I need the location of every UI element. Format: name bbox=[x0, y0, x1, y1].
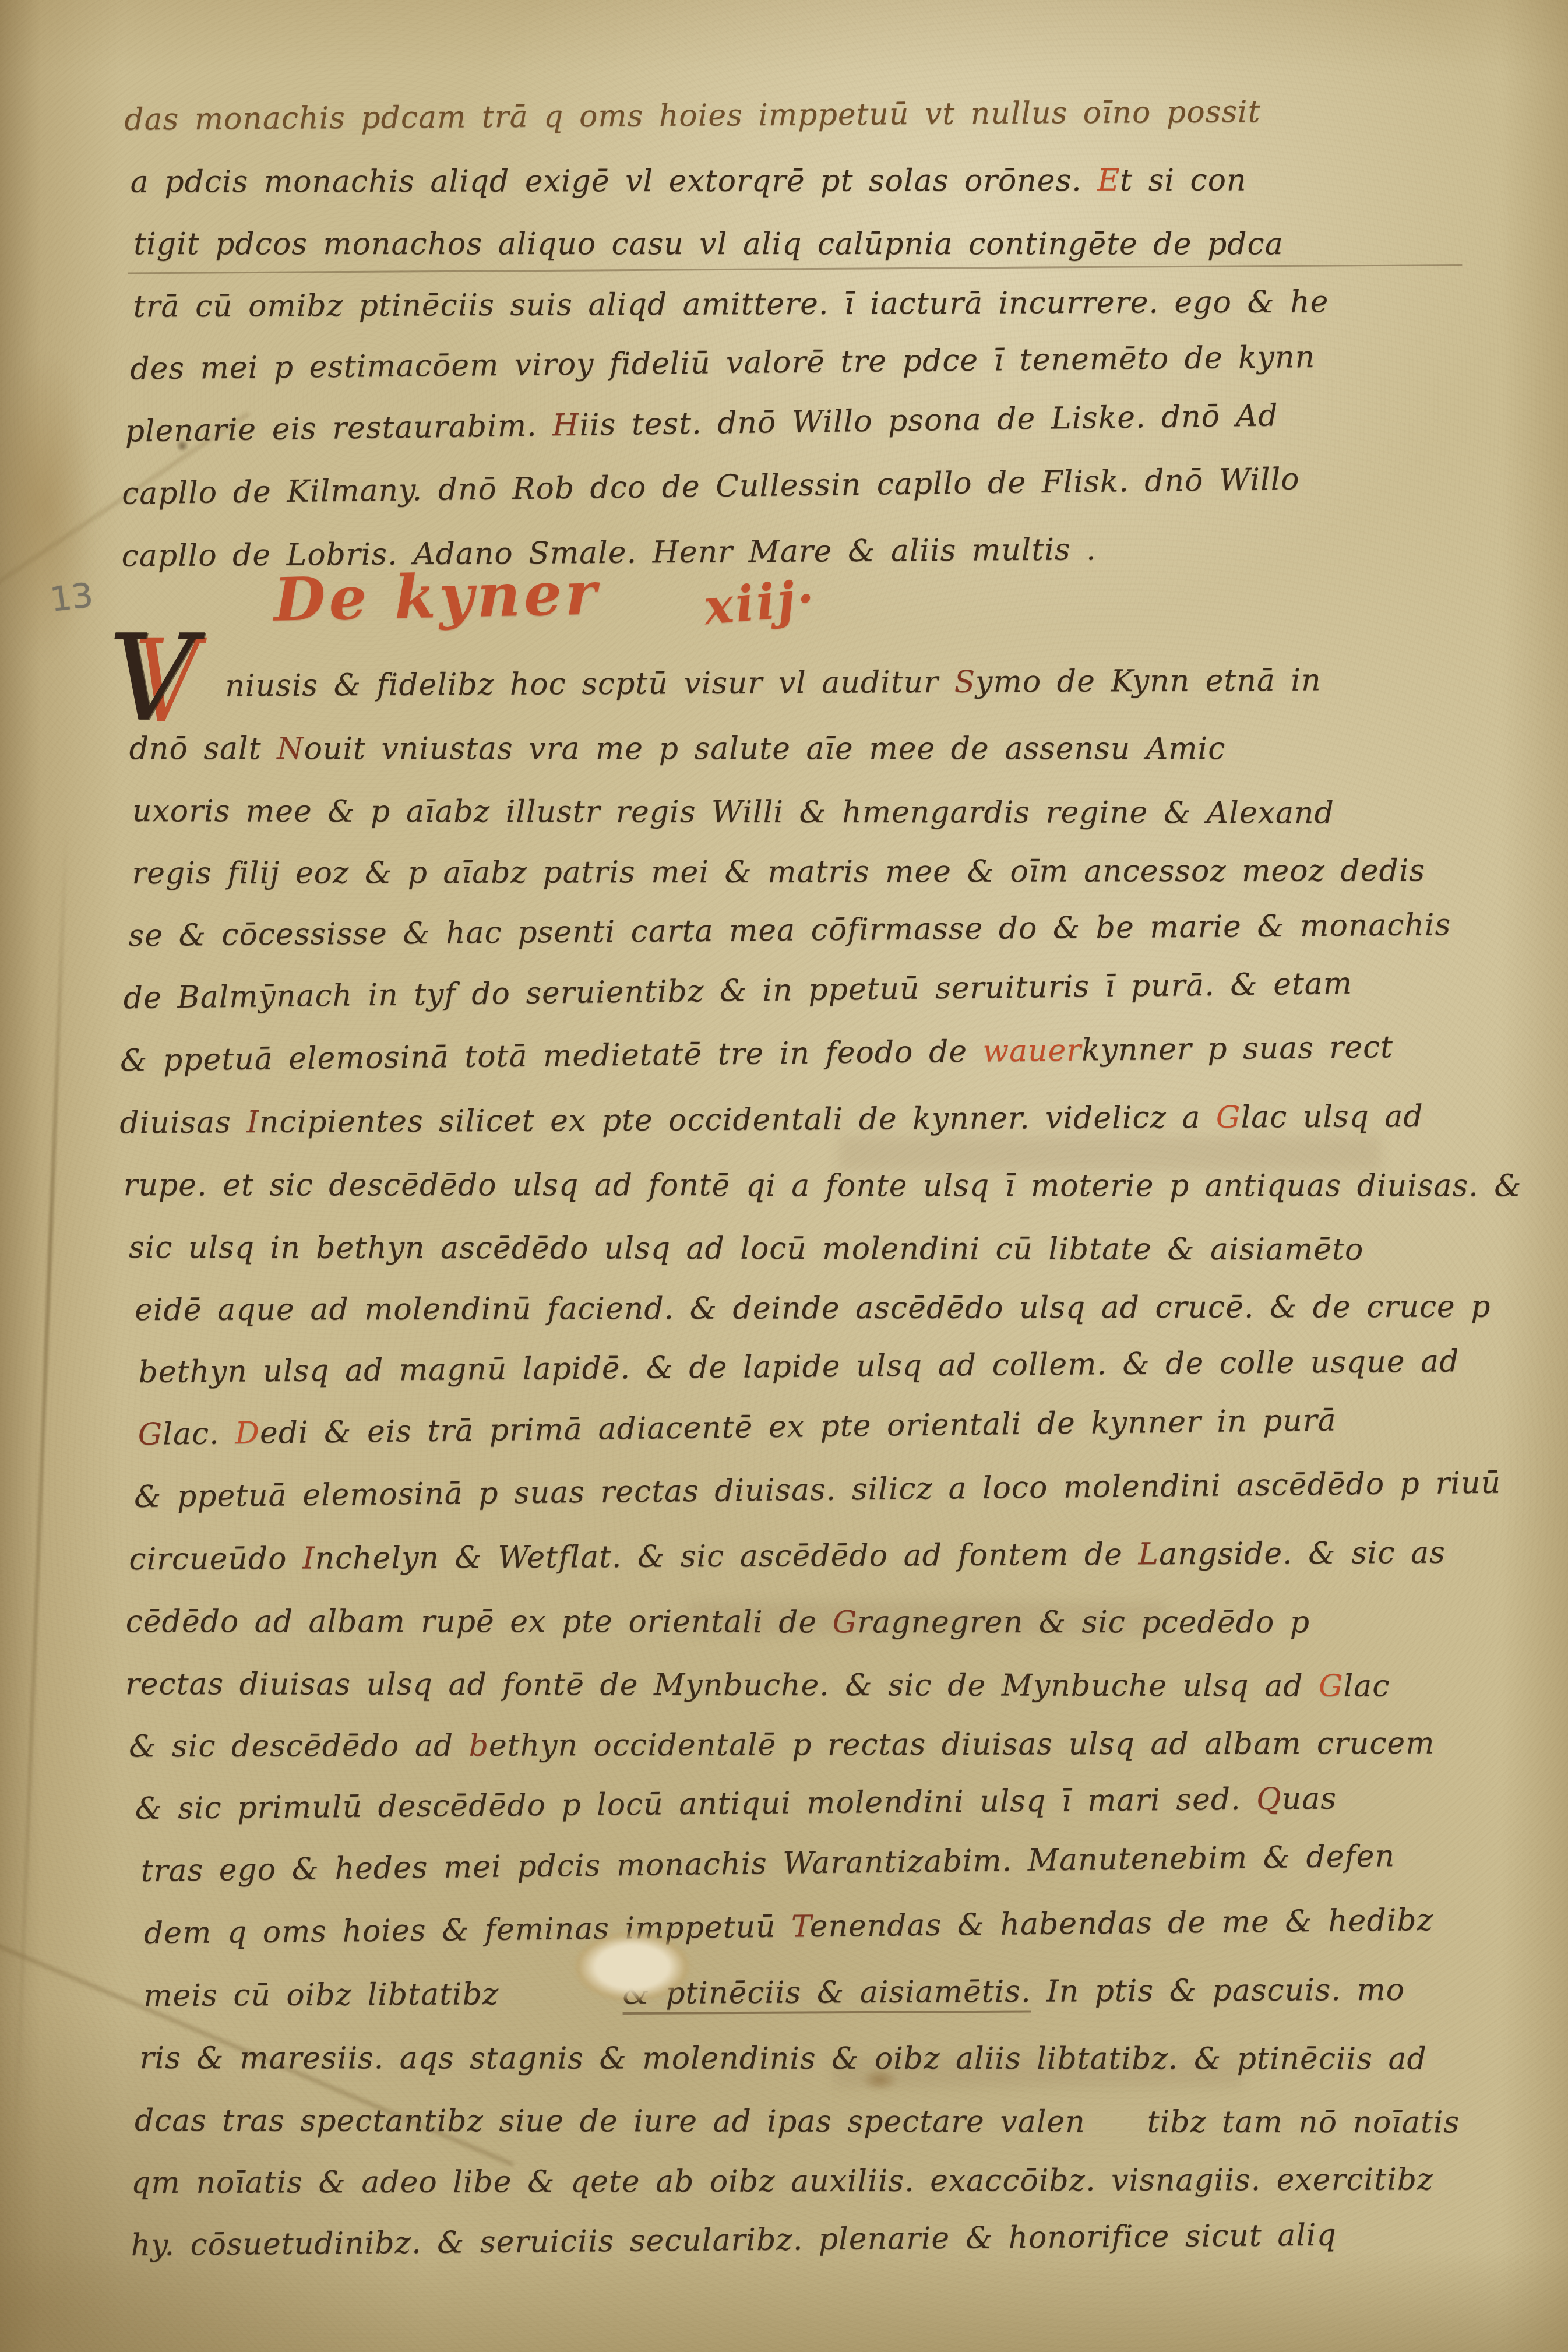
text-run: trā cū omibz ptinēciis suis aliqd amitte… bbox=[133, 284, 1329, 324]
text-run: Q bbox=[1256, 1781, 1282, 1816]
text-block-charter: niusis & fidelibz hoc scptū visur vl aud… bbox=[123, 652, 1525, 2277]
text-run: t si con bbox=[1120, 163, 1246, 198]
manuscript-line: hy. cōsuetudinibz. & seruiciis secularib… bbox=[131, 2203, 1530, 2277]
text-run: N bbox=[277, 731, 304, 766]
text-run: L bbox=[1138, 1537, 1159, 1572]
text-run: uxoris mee & p aīabz illustr regis Willi… bbox=[132, 794, 1334, 830]
text-run: E bbox=[1097, 163, 1120, 198]
folio-number-pencil: 13 bbox=[48, 578, 95, 617]
text-run: ris & maresiis. aqs stagnis & molendinis… bbox=[140, 2041, 1427, 2076]
manuscript-line: a pdcis monachis aliqd exigē vl extorqrē… bbox=[131, 149, 1326, 213]
text-run: I bbox=[302, 1541, 315, 1576]
text-run: bethyn ulsq ad magnū lapidē. & de lapide… bbox=[138, 1344, 1459, 1390]
manuscript-line: cēdēdo ad albam rupē ex pte orientali de… bbox=[126, 1591, 1524, 1654]
text-run: capllo de Lobris. Adano Smale. Henr Mare… bbox=[121, 532, 1096, 573]
text-run: nchelyn & Wetflat. & sic ascēdēdo ad fon… bbox=[315, 1537, 1138, 1576]
text-run: & sic primulū descēdēdo p locū antiqui m… bbox=[135, 1782, 1256, 1826]
text-run: iis test. dnō Willo psona de Liske. dnō … bbox=[579, 398, 1278, 443]
text-run: plenarie eis restaurabim. bbox=[125, 408, 552, 449]
text-run: G bbox=[1319, 1668, 1344, 1703]
text-run: T bbox=[791, 1909, 810, 1944]
text-run: enendas & habendas de me & hedibz bbox=[810, 1903, 1434, 1944]
text-run: rupe. et sic descēdēdo ulsq ad fontē qi … bbox=[124, 1168, 1522, 1203]
manuscript-line: niusis & fidelibz hoc scptū visur vl aud… bbox=[123, 649, 1521, 719]
text-run: G bbox=[833, 1605, 858, 1640]
parchment-stain bbox=[0, 326, 105, 688]
text-run: ouit vniustas vra me p salute aīe mee de… bbox=[304, 731, 1226, 766]
text-run: & ptinēciis & aisiamētis. bbox=[622, 1974, 1031, 2015]
text-run: se & cōcessisse & hac psenti carta mea c… bbox=[128, 907, 1451, 953]
text-run: qm noīatis & adeo libe & qete ab oibz au… bbox=[131, 2162, 1433, 2200]
text-run: H bbox=[552, 408, 580, 443]
text-run: ymo de Kynn etnā in bbox=[975, 663, 1322, 699]
manuscript-line: meis cū oibz libtatibz & ptinēciis & ais… bbox=[143, 1958, 1542, 2027]
text-run: angside. & sic as bbox=[1159, 1536, 1446, 1572]
manuscript-line: uxoris mee & p aīabz illustr regis Willi… bbox=[132, 780, 1531, 845]
parchment-crease bbox=[13, 828, 68, 2168]
text-run: wauer bbox=[982, 1033, 1081, 1069]
text-run: G bbox=[1216, 1100, 1241, 1135]
text-run: das monachis pdcam trā q oms hoies imppe… bbox=[124, 94, 1261, 138]
text-run: ethyn occidentalē p rectas diuisas ulsq … bbox=[489, 1726, 1435, 1763]
text-run: kynner p suas rect bbox=[1081, 1030, 1393, 1068]
text-run: a pdcis monachis aliqd exigē vl extorqrē… bbox=[131, 163, 1098, 200]
manuscript-line: dnō salt Nouit vniustas vra me p salute … bbox=[129, 718, 1528, 780]
text-run: des mei p estimacōem viroy fideliū valor… bbox=[130, 340, 1315, 387]
text-run: cēdēdo ad albam rupē ex pte orientali de bbox=[126, 1604, 833, 1639]
text-run: tras ego & hedes mei pdcis monachis Wara… bbox=[140, 1839, 1395, 1889]
text-run: circueūdo bbox=[129, 1541, 302, 1578]
text-run: edi & eis trā primā adiacentē ex pte ori… bbox=[260, 1403, 1337, 1450]
text-run: rectas diuisas ulsq ad fontē de Mynbuche… bbox=[125, 1667, 1319, 1703]
text-block-witness-clause: das monachis pdcam trā q oms hoies imppe… bbox=[124, 84, 1322, 588]
manuscript-line: ris & maresiis. aqs stagnis & molendinis… bbox=[140, 2027, 1538, 2090]
rubric-heading: De kyner bbox=[273, 561, 601, 633]
text-run: dnō salt bbox=[129, 731, 277, 766]
text-run: diuisas bbox=[119, 1105, 246, 1140]
text-run: hy. cōsuetudinibz. & seruiciis secularib… bbox=[131, 2217, 1337, 2263]
text-run: dem q oms hoies & feminas imppetuū bbox=[144, 1909, 792, 1951]
text-run: uas bbox=[1282, 1781, 1337, 1816]
text-run: regis filij eoz & p aīabz patris mei & m… bbox=[132, 853, 1425, 891]
text-run: niusis & fidelibz hoc scptū visur vl aud… bbox=[225, 665, 954, 704]
text-run: capllo de Kilmany. dnō Rob dco de Culles… bbox=[122, 462, 1300, 511]
text-run: meis cū oibz libtatibz bbox=[143, 1976, 622, 2013]
manuscript-line: dcas tras spectantibz siue de iure ad ip… bbox=[135, 2090, 1533, 2154]
manuscript-page: das monachis pdcam trā q oms hoies imppe… bbox=[0, 0, 1568, 2352]
text-run: lac ulsq ad bbox=[1241, 1099, 1423, 1135]
text-run: tigit pdcos monachos aliquo casu vl aliq… bbox=[133, 227, 1283, 262]
text-run: & sic descēdēdo ad bbox=[129, 1728, 469, 1764]
text-run: & ppetuā elemosinā p suas rectas diuisas… bbox=[134, 1466, 1501, 1515]
text-run: b bbox=[469, 1728, 489, 1763]
manuscript-line: rupe. et sic descēdēdo ulsq ad fontē qi … bbox=[124, 1154, 1522, 1217]
text-run: In ptis & pascuis. mo bbox=[1031, 1972, 1405, 2009]
manuscript-line: rectas diuisas ulsq ad fontē de Mynbuche… bbox=[125, 1653, 1524, 1718]
text-run: I bbox=[246, 1105, 259, 1140]
text-run: sic ulsq in bethyn ascēdēdo ulsq ad locū… bbox=[129, 1230, 1363, 1267]
text-run: lac. bbox=[163, 1416, 235, 1452]
manuscript-line: tigit pdcos monachos aliquo casu vl aliq… bbox=[133, 213, 1329, 276]
manuscript-line: das monachis pdcam trā q oms hoies imppe… bbox=[124, 80, 1320, 151]
text-run: S bbox=[954, 664, 975, 699]
text-run: G bbox=[138, 1417, 163, 1453]
text-run: ragnegren & sic pcedēdo p bbox=[857, 1605, 1310, 1640]
manuscript-line: circueūdo Inchelyn & Wetflat. & sic ascē… bbox=[129, 1522, 1527, 1591]
manuscript-line: diuisas Incipientes silicet ex pte occid… bbox=[119, 1085, 1518, 1154]
text-run: D bbox=[235, 1416, 260, 1452]
text-run: ncipientes silicet ex pte occidentali de… bbox=[259, 1100, 1216, 1140]
text-run: dcas tras spectantibz siue de iure ad ip… bbox=[135, 2103, 1460, 2140]
text-run: de Balmȳnach in tyf do seruientibz & in … bbox=[124, 966, 1353, 1016]
text-run: eidē aque ad molendinū faciend. & deinde… bbox=[135, 1289, 1491, 1328]
rubric-numeral: xiij· bbox=[702, 571, 819, 635]
text-run: lac bbox=[1344, 1668, 1390, 1703]
manuscript-line: sic ulsq in bethyn ascēdēdo ulsq ad locū… bbox=[129, 1217, 1527, 1281]
text-run: & ppetuā elemosinā totā medietatē tre in… bbox=[120, 1034, 983, 1078]
